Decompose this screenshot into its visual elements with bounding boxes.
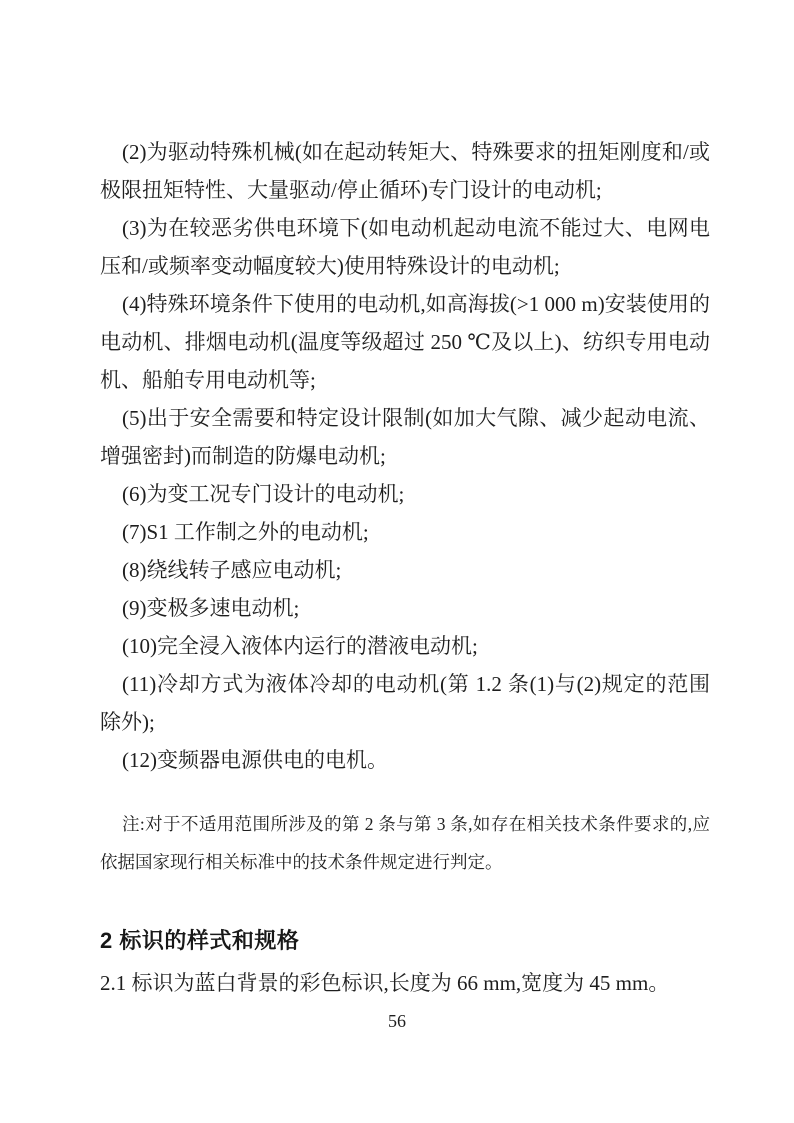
body-paragraph-11: (11)冷却方式为液体冷却的电动机(第 1.2 条(1)与(2)规定的范围除外)…	[100, 665, 710, 741]
page-number: 56	[388, 1011, 406, 1031]
note-paragraph: 注:对于不适用范围所涉及的第 2 条与第 3 条,如存在相关技术条件要求的,应依…	[100, 805, 710, 881]
document-page: (2)为驱动特殊机械(如在起动转矩大、特殊要求的扭矩刚度和/或极限扭矩特性、大量…	[0, 0, 794, 1123]
page-footer: 56	[0, 1002, 794, 1040]
body-paragraph-5: (5)出于安全需要和特定设计限制(如加大气隙、减少起动电流、增强密封)而制造的防…	[100, 399, 710, 475]
body-paragraph-4: (4)特殊环境条件下使用的电动机,如高海拔(>1 000 m)安装使用的电动机、…	[100, 285, 710, 399]
body-paragraph-9: (9)变极多速电动机;	[100, 589, 710, 627]
body-paragraph-10: (10)完全浸入液体内运行的潜液电动机;	[100, 627, 710, 665]
body-paragraph-2: (2)为驱动特殊机械(如在起动转矩大、特殊要求的扭矩刚度和/或极限扭矩特性、大量…	[100, 133, 710, 209]
body-paragraph-8: (8)绕线转子感应电动机;	[100, 551, 710, 589]
body-paragraph-6: (6)为变工况专门设计的电动机;	[100, 475, 710, 513]
section-heading: 2 标识的样式和规格	[100, 921, 710, 961]
body-paragraph-7: (7)S1 工作制之外的电动机;	[100, 513, 710, 551]
body-paragraph-3: (3)为在较恶劣供电环境下(如电动机起动电流不能过大、电网电压和/或频率变动幅度…	[100, 209, 710, 285]
body-paragraph-12: (12)变频器电源供电的电机。	[100, 741, 710, 779]
page-content: (2)为驱动特殊机械(如在起动转矩大、特殊要求的扭矩刚度和/或极限扭矩特性、大量…	[100, 133, 710, 1002]
clause-2-1: 2.1 标识为蓝白背景的彩色标识,长度为 66 mm,宽度为 45 mm。	[100, 964, 710, 1002]
